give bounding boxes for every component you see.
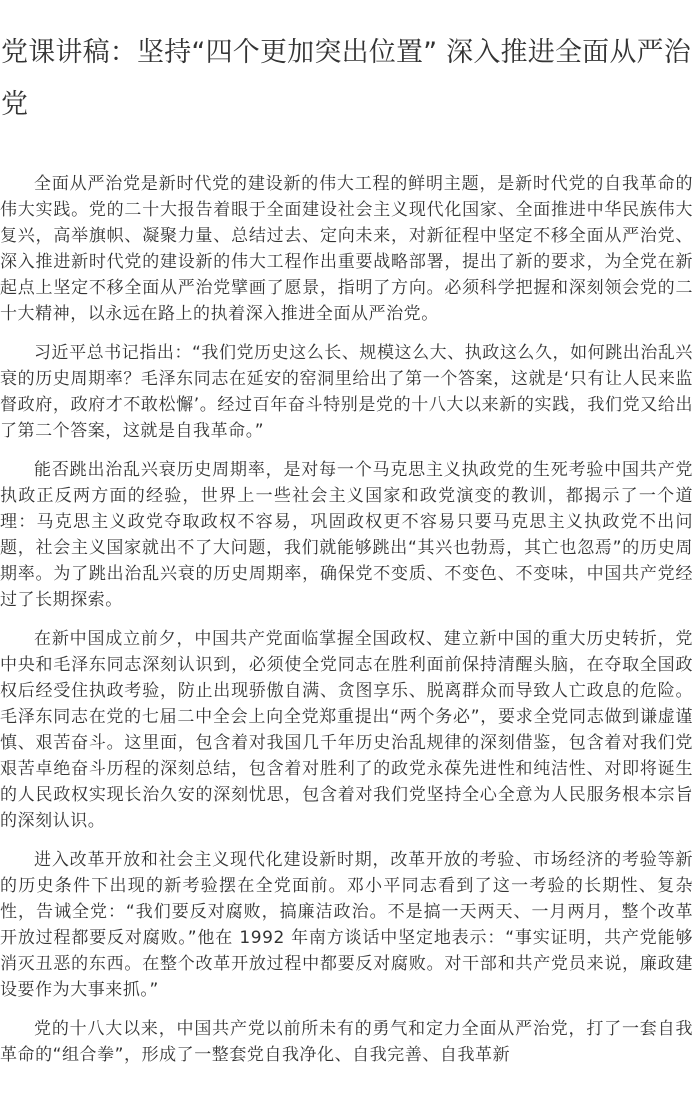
- article-body: 全面从严治党是新时代党的建设新的伟大工程的鲜明主题，是新时代党的自我革命的伟大实…: [0, 131, 693, 1068]
- paragraph-historical-cycle: 能否跳出治乱兴衰历史周期率，是对每一个马克思主义执政党的生死考验中国共产党执政正…: [0, 457, 693, 613]
- paragraph-reform-era: 进入改革开放和社会主义现代化建设新时期，改革开放的考验、市场经济的考验等新的历史…: [0, 847, 693, 1003]
- article: 党课讲稿：坚持“四个更加突出位置” 深入推进全面从严治党 全面从严治党是新时代党…: [0, 0, 693, 1081]
- paragraph-eighteenth-congress: 党的十八大以来，中国共产党以前所未有的勇气和定力全面从严治党，打了一套自我革命的…: [0, 1016, 693, 1068]
- paragraph-intro: 全面从严治党是新时代党的建设新的伟大工程的鲜明主题，是新时代党的自我革命的伟大实…: [0, 171, 693, 327]
- article-title: 党课讲稿：坚持“四个更加突出位置” 深入推进全面从严治党: [0, 0, 693, 131]
- paragraph-new-china: 在新中国成立前夕，中国共产党面临掌握全国政权、建立新中国的重大历史转折，党中央和…: [0, 626, 693, 834]
- paragraph-quote-xi: 习近平总书记指出：“我们党历史这么长、规模这么大、执政这么久，如何跳出治乱兴衰的…: [0, 340, 693, 444]
